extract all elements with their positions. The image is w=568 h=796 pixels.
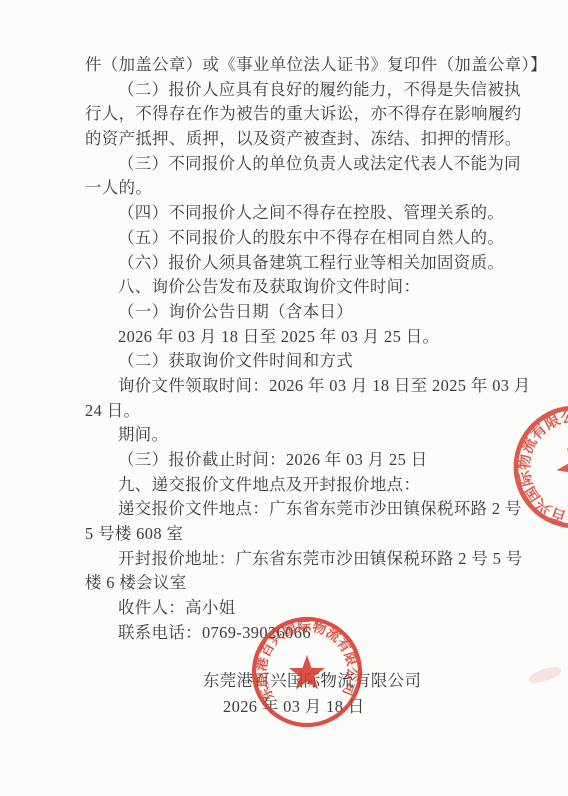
document-line: （三）不同报价人的单位负责人或法定代表人不能为同 — [85, 152, 547, 177]
ink-smudge — [527, 664, 563, 686]
document-line: 5 号楼 608 室 — [85, 522, 547, 547]
document-line: 递交报价文件地点：广东省东莞市沙田镇保税环路 2 号 — [85, 497, 547, 522]
document-line: 的资产抵押、质押，以及资产被查封、冻结、扣押的情形。 — [85, 127, 547, 152]
document-line: （四）不同报价人之间不得存在控股、管理关系的。 — [85, 201, 547, 226]
document-line: （二）报价人应具有良好的履约能力，不得是失信被执 — [85, 78, 547, 103]
document-line: （六）报价人须具备建筑工程行业等相关加固资质。 — [85, 251, 547, 276]
document-line: 24 日。 — [85, 399, 547, 424]
seal-star-icon — [289, 655, 325, 689]
document-line: 开封报价地址：广东省东莞市沙田镇保税环路 2 号 5 号 — [85, 547, 547, 572]
document-line: （五）不同报价人的股东中不得存在相同自然人的。 — [85, 226, 547, 251]
seal-star-icon — [553, 444, 568, 490]
document-line: 行人，不得存在作为被告的重大诉讼，亦不得存在影响履约 — [85, 102, 547, 127]
document-line: 期间。 — [85, 423, 547, 448]
document-line: （三）报价截止时间：2026 年 03 月 25 日 — [85, 448, 547, 473]
document-line: 件（加盖公章）或《事业单位法人证书》复印件（加盖公章）】 — [85, 53, 547, 78]
document-line: （一）询价公告日期（含本日） — [85, 300, 547, 325]
document-line: （二）获取询价文件时间和方式 — [85, 349, 547, 374]
document-line: 八、询价公告发布及获取询价文件时间： — [85, 275, 547, 300]
scanned-document-page: 件（加盖公章）或《事业单位法人证书》复印件（加盖公章）】（二）报价人应具有良好的… — [0, 0, 568, 796]
document-line: 楼 6 楼会议室 — [85, 571, 547, 596]
company-seal-stamp: 东莞港百兴国际物流有限公司 — [237, 602, 377, 742]
document-line: 询价文件领取时间：2026 年 03 月 18 日至 2025 年 03 月 — [85, 374, 547, 399]
document-line: 2026 年 03 月 18 日至 2025 年 03 月 25 日。 — [85, 325, 547, 350]
document-line: 九、递交报价文件地点及开封报价地点： — [85, 473, 547, 498]
document-line: 一人的。 — [85, 176, 547, 201]
document-body: 件（加盖公章）或《事业单位法人证书》复印件（加盖公章）】（二）报价人应具有良好的… — [85, 53, 547, 646]
